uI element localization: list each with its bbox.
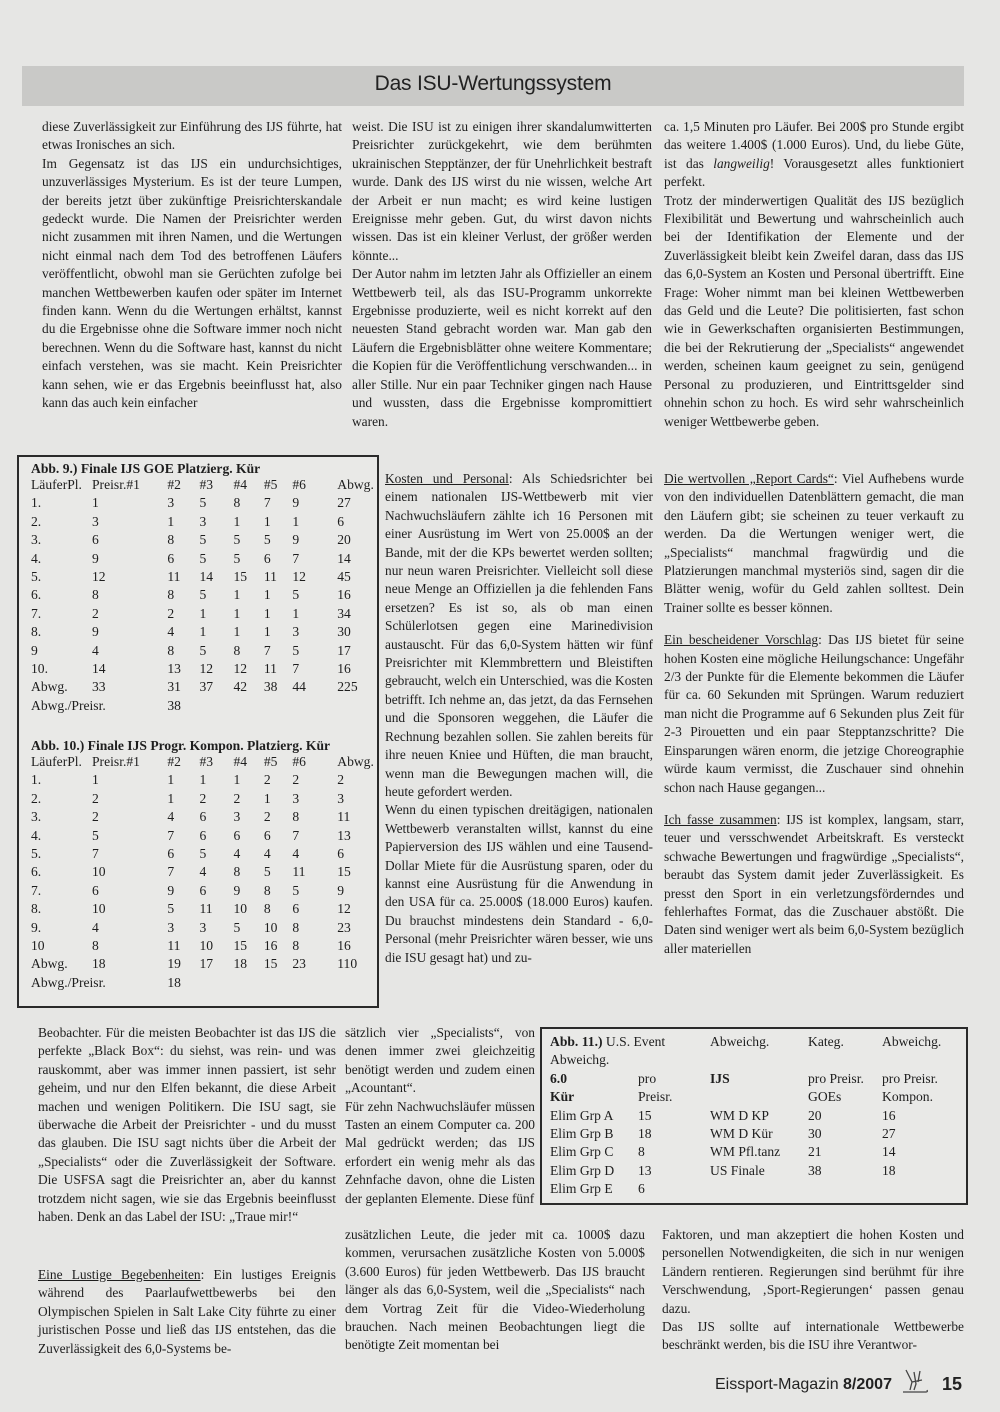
table-cell: 5 xyxy=(199,643,233,661)
table-cell: Elim Grp C xyxy=(550,1144,638,1162)
column-header: #3 xyxy=(199,754,233,772)
table-cell: 11 xyxy=(167,938,199,956)
table-cell: 4 xyxy=(292,846,337,864)
table-footer-row: Abwg./Preisr.38 xyxy=(31,698,377,716)
table-cell: 13 xyxy=(638,1163,710,1181)
table-row: 4.57666713 xyxy=(31,828,377,846)
table-cell: 6 xyxy=(199,828,233,846)
skater-logo-icon xyxy=(900,1368,930,1401)
table-row: 948587517 xyxy=(31,643,377,661)
paragraph: Trotz der minderwertigen Qualität des IJ… xyxy=(664,192,964,431)
column-header: Preisr.#1 xyxy=(92,754,167,772)
table-cell: 6 xyxy=(337,514,377,532)
table-row: 5.7654446 xyxy=(31,846,377,864)
section-heading: Kosten und Personal xyxy=(385,471,509,486)
table-cell: 30 xyxy=(808,1126,882,1144)
table-cell: 5 xyxy=(199,495,233,513)
table-cell: 3 xyxy=(167,495,199,513)
column-header: #2 xyxy=(167,754,199,772)
table-cell: 27 xyxy=(337,495,377,513)
table-cell: 4 xyxy=(264,846,293,864)
column-2-bottom-text: zusätzlichen Leute, die jeder mit ca. 10… xyxy=(345,1226,645,1355)
column-header: LäuferPl. xyxy=(31,477,92,495)
table-cell: 2. xyxy=(31,791,92,809)
table-row: Abwg.181917181523110 xyxy=(31,956,377,974)
table-cell: 8. xyxy=(31,901,92,919)
table-cell: 16 xyxy=(337,587,377,605)
table-cell: 2 xyxy=(337,772,377,790)
table-cell: 5 xyxy=(167,901,199,919)
column-header: #4 xyxy=(233,754,263,772)
table-cell: 45 xyxy=(337,569,377,587)
column-header: #3 xyxy=(199,477,233,495)
table-cell: 13 xyxy=(167,661,199,679)
table-row: 2.3131116 xyxy=(31,514,377,532)
table-cell: Elim Grp B xyxy=(550,1126,638,1144)
table-cell xyxy=(882,1181,941,1199)
paragraph: sätzlich vier „Specialists“, von denen i… xyxy=(345,1024,535,1098)
table-cell: 2 xyxy=(92,606,167,624)
table-cell: 1. xyxy=(31,772,92,790)
table-cell: 5 xyxy=(264,532,293,550)
table-cell: 8 xyxy=(292,938,337,956)
column-3-bottom-text: Faktoren, und man akzeptiert die hohen K… xyxy=(662,1226,964,1355)
table-cell: 5 xyxy=(199,846,233,864)
table-cell: 1 xyxy=(264,514,293,532)
table-cell: 110 xyxy=(337,956,377,974)
table-row: 3.68555920 xyxy=(31,532,377,550)
table-cell: WM D KP xyxy=(710,1108,808,1126)
table-cell: 15 xyxy=(233,938,263,956)
table-cell: US Finale xyxy=(710,1163,808,1181)
table-cell: 5 xyxy=(199,532,233,550)
table-cell: 1 xyxy=(233,514,263,532)
paragraph: Der Autor nahm im letzten Jahr als Offiz… xyxy=(352,265,652,431)
column-2-narrow-text: sätzlich vier „Specialists“, von denen i… xyxy=(345,1024,535,1208)
paragraph: Kosten und Personal: Als Schiedsrichter … xyxy=(385,470,653,801)
table-cell: 2 xyxy=(167,606,199,624)
table-cell: 1 xyxy=(264,791,293,809)
table-row: 8.94111330 xyxy=(31,624,377,642)
paragraph: Das IJS sollte auf internationale Wettbe… xyxy=(662,1318,964,1355)
table-cell: 9 xyxy=(167,883,199,901)
page-footer: Eissport-Magazin 8/2007 15 xyxy=(715,1368,962,1401)
table-cell: 225 xyxy=(337,679,377,697)
paragraph: Eine Lustige Begebenheiten: Ein lustiges… xyxy=(38,1266,336,1358)
table-cell: 4. xyxy=(31,828,92,846)
table-cell: Elim Grp A xyxy=(550,1108,638,1126)
page-number: 15 xyxy=(942,1374,962,1395)
table-cell: 4 xyxy=(199,864,233,882)
table-cell: 8 xyxy=(233,495,263,513)
table-cell: 3 xyxy=(337,791,377,809)
column-2-top-text: weist. Die ISU ist zu einigen ihrer skan… xyxy=(352,118,652,431)
column-2-mid-text: Kosten und Personal: Als Schiedsrichter … xyxy=(385,470,653,967)
paragraph: diese Zuverlässigkeit zur Einführung des… xyxy=(42,118,342,155)
table-cell: 5. xyxy=(31,569,92,587)
table-cell: 44 xyxy=(292,679,337,697)
table-cell: 6 xyxy=(233,828,263,846)
table-cell: Abwg. xyxy=(31,956,92,974)
table-cell: 31 xyxy=(167,679,199,697)
table-cell: 6 xyxy=(199,883,233,901)
table-cell: 4 xyxy=(92,920,167,938)
table-cell: 14 xyxy=(337,551,377,569)
table-cell: 23 xyxy=(292,956,337,974)
table-cell: 3 xyxy=(199,920,233,938)
table-cell: 6 xyxy=(337,846,377,864)
table-cell: 10. xyxy=(31,661,92,679)
table-cell: 6 xyxy=(264,828,293,846)
table-cell: Elim Grp D xyxy=(550,1163,638,1181)
table-cell: 1 xyxy=(292,514,337,532)
table-cell: 3 xyxy=(199,514,233,532)
table-footer-row: Abwg./Preisr.18 xyxy=(31,975,377,993)
table-10-title: Abb. 10.) Finale IJS Progr. Kompon. Plat… xyxy=(31,738,377,754)
table-cell: 8 xyxy=(167,532,199,550)
table-cell: 9 xyxy=(233,883,263,901)
table-cell: 2 xyxy=(264,772,293,790)
table-cell: 3. xyxy=(31,532,92,550)
table-cell: 2. xyxy=(31,514,92,532)
table-cell: 6 xyxy=(92,532,167,550)
table-cell: 5 xyxy=(233,551,263,569)
paragraph: Im Gegensatz ist das IJS ein undurchsich… xyxy=(42,155,342,413)
table-cell: 7 xyxy=(264,643,293,661)
table-cell: 1 xyxy=(199,624,233,642)
table-cell: 8 xyxy=(292,809,337,827)
table-cell: 8 xyxy=(92,587,167,605)
table-11: Abb. 11.) U.S. Event Abweichg. Kateg. Ab… xyxy=(550,1034,941,1200)
table-cell: 1 xyxy=(92,495,167,513)
table-row: Abwg.333137423844225 xyxy=(31,679,377,697)
table-row: Elim Grp D13US Finale3818 xyxy=(550,1163,941,1181)
table-row: Elim Grp B18WM D Kür3027 xyxy=(550,1126,941,1144)
table-row: 3.24632811 xyxy=(31,809,377,827)
column-3-top-text: ca. 1,5 Minuten pro Läufer. Bei 200$ pro… xyxy=(664,118,964,431)
table-cell: 7 xyxy=(167,828,199,846)
table-cell: 1 xyxy=(92,772,167,790)
table-cell: 8 xyxy=(292,920,337,938)
table-cell: 3. xyxy=(31,809,92,827)
table-row: 2.2122133 xyxy=(31,791,377,809)
table-cell: 7 xyxy=(92,846,167,864)
table-cell xyxy=(808,1181,882,1199)
table-row: 5.12111415111245 xyxy=(31,569,377,587)
table-9-title: Abb. 9.) Finale IJS GOE Platzierg. Kür xyxy=(31,461,377,477)
table-cell: 4 xyxy=(92,643,167,661)
table-row: 1.13587927 xyxy=(31,495,377,513)
section-header-bar: Das ISU-Wertungssystem xyxy=(22,66,964,106)
table-cell: 1 xyxy=(167,772,199,790)
table-cell: 5 xyxy=(292,587,337,605)
table-row: 4.96556714 xyxy=(31,551,377,569)
paragraph: Ein bescheidener Vorschlag: Das IJS biet… xyxy=(664,631,964,797)
table-cell: 8 xyxy=(167,643,199,661)
table-cell: 5 xyxy=(92,828,167,846)
table-cell: 7 xyxy=(167,864,199,882)
table-cell: 18 xyxy=(638,1126,710,1144)
table-cell: 7. xyxy=(31,883,92,901)
column-header: #5 xyxy=(264,754,293,772)
paragraph: Faktoren, und man akzeptiert die hohen K… xyxy=(662,1226,964,1318)
table-row: 10.1413121211716 xyxy=(31,661,377,679)
paragraph: ca. 1,5 Minuten pro Läufer. Bei 200$ pro… xyxy=(664,118,964,192)
table-row: 9.433510823 xyxy=(31,920,377,938)
table-cell: 6 xyxy=(167,551,199,569)
table-cell: 18 xyxy=(233,956,263,974)
table-cell: 2 xyxy=(264,809,293,827)
table-cell: 19 xyxy=(167,956,199,974)
table-cell: 15 xyxy=(337,864,377,882)
table-cell: 6. xyxy=(31,864,92,882)
table-cell: 1 xyxy=(264,624,293,642)
table-cell: Elim Grp E xyxy=(550,1181,638,1199)
table-cell: 10 xyxy=(199,938,233,956)
table-cell: 1 xyxy=(292,606,337,624)
table-cell: 6 xyxy=(264,551,293,569)
table-cell: 11 xyxy=(199,901,233,919)
column-1-last-text: Eine Lustige Begebenheiten: Ein lustiges… xyxy=(38,1266,336,1358)
table-cell: 10 xyxy=(233,901,263,919)
table-row: Elim Grp A15WM D KP2016 xyxy=(550,1108,941,1126)
column-header: LäuferPl. xyxy=(31,754,92,772)
table-cell: 20 xyxy=(808,1108,882,1126)
table-cell: 8 xyxy=(92,938,167,956)
table-cell: 6 xyxy=(638,1181,710,1199)
paragraph: Für zehn Nachwuchsläufer müssen Tasten a… xyxy=(345,1098,535,1208)
column-header: #2 xyxy=(167,477,199,495)
table-row: 6.88511516 xyxy=(31,587,377,605)
table-cell: 6 xyxy=(92,883,167,901)
paragraph: Die wertvollen „Report Cards“: Viel Aufh… xyxy=(664,470,964,617)
table-cell: 1 xyxy=(233,606,263,624)
column-1-top-text: diese Zuverlässigkeit zur Einführung des… xyxy=(42,118,342,413)
table-cell: 12 xyxy=(233,661,263,679)
table-cell: 9 xyxy=(31,643,92,661)
table-cell: 7. xyxy=(31,606,92,624)
table-cell: 18 xyxy=(882,1163,941,1181)
table-cell: 33 xyxy=(92,679,167,697)
column-header: #5 xyxy=(264,477,293,495)
section-heading: Ich fasse zusammen xyxy=(664,812,777,827)
table-cell: 10 xyxy=(92,864,167,882)
table-cell: 7 xyxy=(264,495,293,513)
table-cell: 3 xyxy=(292,791,337,809)
table-cell: 9 xyxy=(92,551,167,569)
table-cell: 20 xyxy=(337,532,377,550)
column-header: Abwg. xyxy=(337,477,377,495)
table-cell: 27 xyxy=(882,1126,941,1144)
table-cell: WM Pfl.tanz xyxy=(710,1144,808,1162)
table-cell: 9 xyxy=(292,495,337,513)
paragraph: Beobachter. Für die meisten Beobachter i… xyxy=(38,1024,336,1226)
table-cell: 1. xyxy=(31,495,92,513)
magazine-name: Eissport-Magazin 8/2007 xyxy=(715,1376,892,1394)
table-cell: 8 xyxy=(233,643,263,661)
table-cell: 5. xyxy=(31,846,92,864)
table-cell: 37 xyxy=(199,679,233,697)
page-title: Das ISU-Wertungssystem xyxy=(22,72,964,96)
table-cell: 2 xyxy=(92,791,167,809)
table-cell: 3 xyxy=(167,920,199,938)
table-cell: 42 xyxy=(233,679,263,697)
figure-table-11: Abb. 11.) U.S. Event Abweichg. Kateg. Ab… xyxy=(540,1027,968,1205)
paragraph: Wenn du einen typischen dreitägigen, nat… xyxy=(385,801,653,967)
table-cell: 9 xyxy=(92,624,167,642)
table-cell: 3 xyxy=(292,624,337,642)
table-row: 10811101516816 xyxy=(31,938,377,956)
table-header-row: LäuferPl.Preisr.#1#2#3#4#5#6Abwg. xyxy=(31,477,377,495)
table-row: Elim Grp C8WM Pfl.tanz2114 xyxy=(550,1144,941,1162)
table-cell: 38 xyxy=(808,1163,882,1181)
table-row: 6.1074851115 xyxy=(31,864,377,882)
table-cell: 7 xyxy=(292,828,337,846)
table-row: 1.1111222 xyxy=(31,772,377,790)
table-cell: 5 xyxy=(233,920,263,938)
figure-tables-9-10: Abb. 9.) Finale IJS GOE Platzierg. Kür L… xyxy=(17,455,379,1008)
section-heading: Eine Lustige Begebenheiten xyxy=(38,1267,201,1282)
table-cell: 8 xyxy=(167,587,199,605)
table-cell: 6 xyxy=(292,901,337,919)
table-cell: 11 xyxy=(337,809,377,827)
table-cell: 6 xyxy=(167,846,199,864)
table-cell: 5 xyxy=(199,551,233,569)
table-cell: 15 xyxy=(638,1108,710,1126)
table-cell: 15 xyxy=(233,569,263,587)
table-cell: 17 xyxy=(337,643,377,661)
paragraph: zusätzlichen Leute, die jeder mit ca. 10… xyxy=(345,1226,645,1355)
paragraph: weist. Die ISU ist zu einigen ihrer skan… xyxy=(352,118,652,265)
table-cell: 11 xyxy=(167,569,199,587)
column-header: #4 xyxy=(233,477,263,495)
table-9: LäuferPl.Preisr.#1#2#3#4#5#6Abwg.1.13587… xyxy=(31,477,377,716)
table-cell: 7 xyxy=(292,551,337,569)
table-cell: 5 xyxy=(292,883,337,901)
table-cell: 3 xyxy=(92,514,167,532)
table-cell: 5 xyxy=(264,864,293,882)
column-header: #6 xyxy=(292,754,337,772)
table-cell: 4 xyxy=(167,624,199,642)
table-cell: 21 xyxy=(808,1144,882,1162)
table-cell: 17 xyxy=(199,956,233,974)
table-cell: WM D Kür xyxy=(710,1126,808,1144)
table-cell: 5 xyxy=(199,587,233,605)
table-cell: 11 xyxy=(264,569,293,587)
table-row: 7.22111134 xyxy=(31,606,377,624)
table-cell: 1 xyxy=(233,624,263,642)
table-cell: 8 xyxy=(638,1144,710,1162)
table-cell: 18 xyxy=(92,956,167,974)
table-cell: 4. xyxy=(31,551,92,569)
table-row: Elim Grp E6 xyxy=(550,1181,941,1199)
table-cell: 14 xyxy=(92,661,167,679)
column-header: Abwg. xyxy=(337,754,377,772)
table-cell: 9 xyxy=(292,532,337,550)
emphasis: langweilig xyxy=(713,156,770,171)
table-cell: 1 xyxy=(199,606,233,624)
table-cell: 1 xyxy=(264,587,293,605)
table-cell: 14 xyxy=(199,569,233,587)
table-cell: 16 xyxy=(882,1108,941,1126)
table-cell: 14 xyxy=(882,1144,941,1162)
table-cell: 7 xyxy=(292,661,337,679)
table-cell: 2 xyxy=(199,791,233,809)
table-cell: 16 xyxy=(337,938,377,956)
table-cell: 1 xyxy=(233,587,263,605)
table-cell: 8 xyxy=(264,883,293,901)
table-cell: 9 xyxy=(337,883,377,901)
table-cell: 4 xyxy=(233,846,263,864)
table-cell: 8. xyxy=(31,624,92,642)
table-cell: 3 xyxy=(233,809,263,827)
table-cell: 10 xyxy=(264,920,293,938)
table-cell: 1 xyxy=(264,606,293,624)
column-header: #6 xyxy=(292,477,337,495)
table-cell: 6. xyxy=(31,587,92,605)
column-3-mid-text: Die wertvollen „Report Cards“: Viel Aufh… xyxy=(664,470,964,958)
table-cell: 30 xyxy=(337,624,377,642)
table-cell: 11 xyxy=(292,864,337,882)
table-cell: 2 xyxy=(233,791,263,809)
column-header: Preisr.#1 xyxy=(92,477,167,495)
section-heading: Die wertvollen „Report Cards“ xyxy=(664,471,834,486)
table-header-row: LäuferPl.Preisr.#1#2#3#4#5#6Abwg. xyxy=(31,754,377,772)
table-cell: 5 xyxy=(292,643,337,661)
table-cell: Abwg. xyxy=(31,679,92,697)
table-cell: 11 xyxy=(264,661,293,679)
table-cell: 1 xyxy=(167,791,199,809)
table-cell: 2 xyxy=(92,809,167,827)
table-cell: 16 xyxy=(337,661,377,679)
table-cell: 13 xyxy=(337,828,377,846)
table-cell: 1 xyxy=(233,772,263,790)
table-cell: 23 xyxy=(337,920,377,938)
table-cell: 1 xyxy=(167,514,199,532)
table-cell: 1 xyxy=(199,772,233,790)
table-cell: 34 xyxy=(337,606,377,624)
section-heading: Ein bescheidener Vorschlag xyxy=(664,632,818,647)
table-cell: 38 xyxy=(264,679,293,697)
table-cell: 12 xyxy=(92,569,167,587)
table-cell: 10 xyxy=(92,901,167,919)
table-cell: 4 xyxy=(167,809,199,827)
table-cell: 6 xyxy=(199,809,233,827)
paragraph: Ich fasse zusammen: IJS ist komplex, lan… xyxy=(664,811,964,958)
column-1-bottom-text: Beobachter. Für die meisten Beobachter i… xyxy=(38,1024,336,1226)
table-cell: 12 xyxy=(337,901,377,919)
table-cell: 2 xyxy=(292,772,337,790)
table-cell: 12 xyxy=(292,569,337,587)
table-row: 8.10511108612 xyxy=(31,901,377,919)
table-cell: 8 xyxy=(264,901,293,919)
table-cell: 10 xyxy=(31,938,92,956)
table-row: 7.6969859 xyxy=(31,883,377,901)
table-cell: 9. xyxy=(31,920,92,938)
table-cell xyxy=(710,1181,808,1199)
table-10: LäuferPl.Preisr.#1#2#3#4#5#6Abwg.1.11112… xyxy=(31,754,377,993)
table-cell: 8 xyxy=(233,864,263,882)
table-cell: 15 xyxy=(264,956,293,974)
table-cell: 12 xyxy=(199,661,233,679)
table-cell: 5 xyxy=(233,532,263,550)
table-cell: 16 xyxy=(264,938,293,956)
